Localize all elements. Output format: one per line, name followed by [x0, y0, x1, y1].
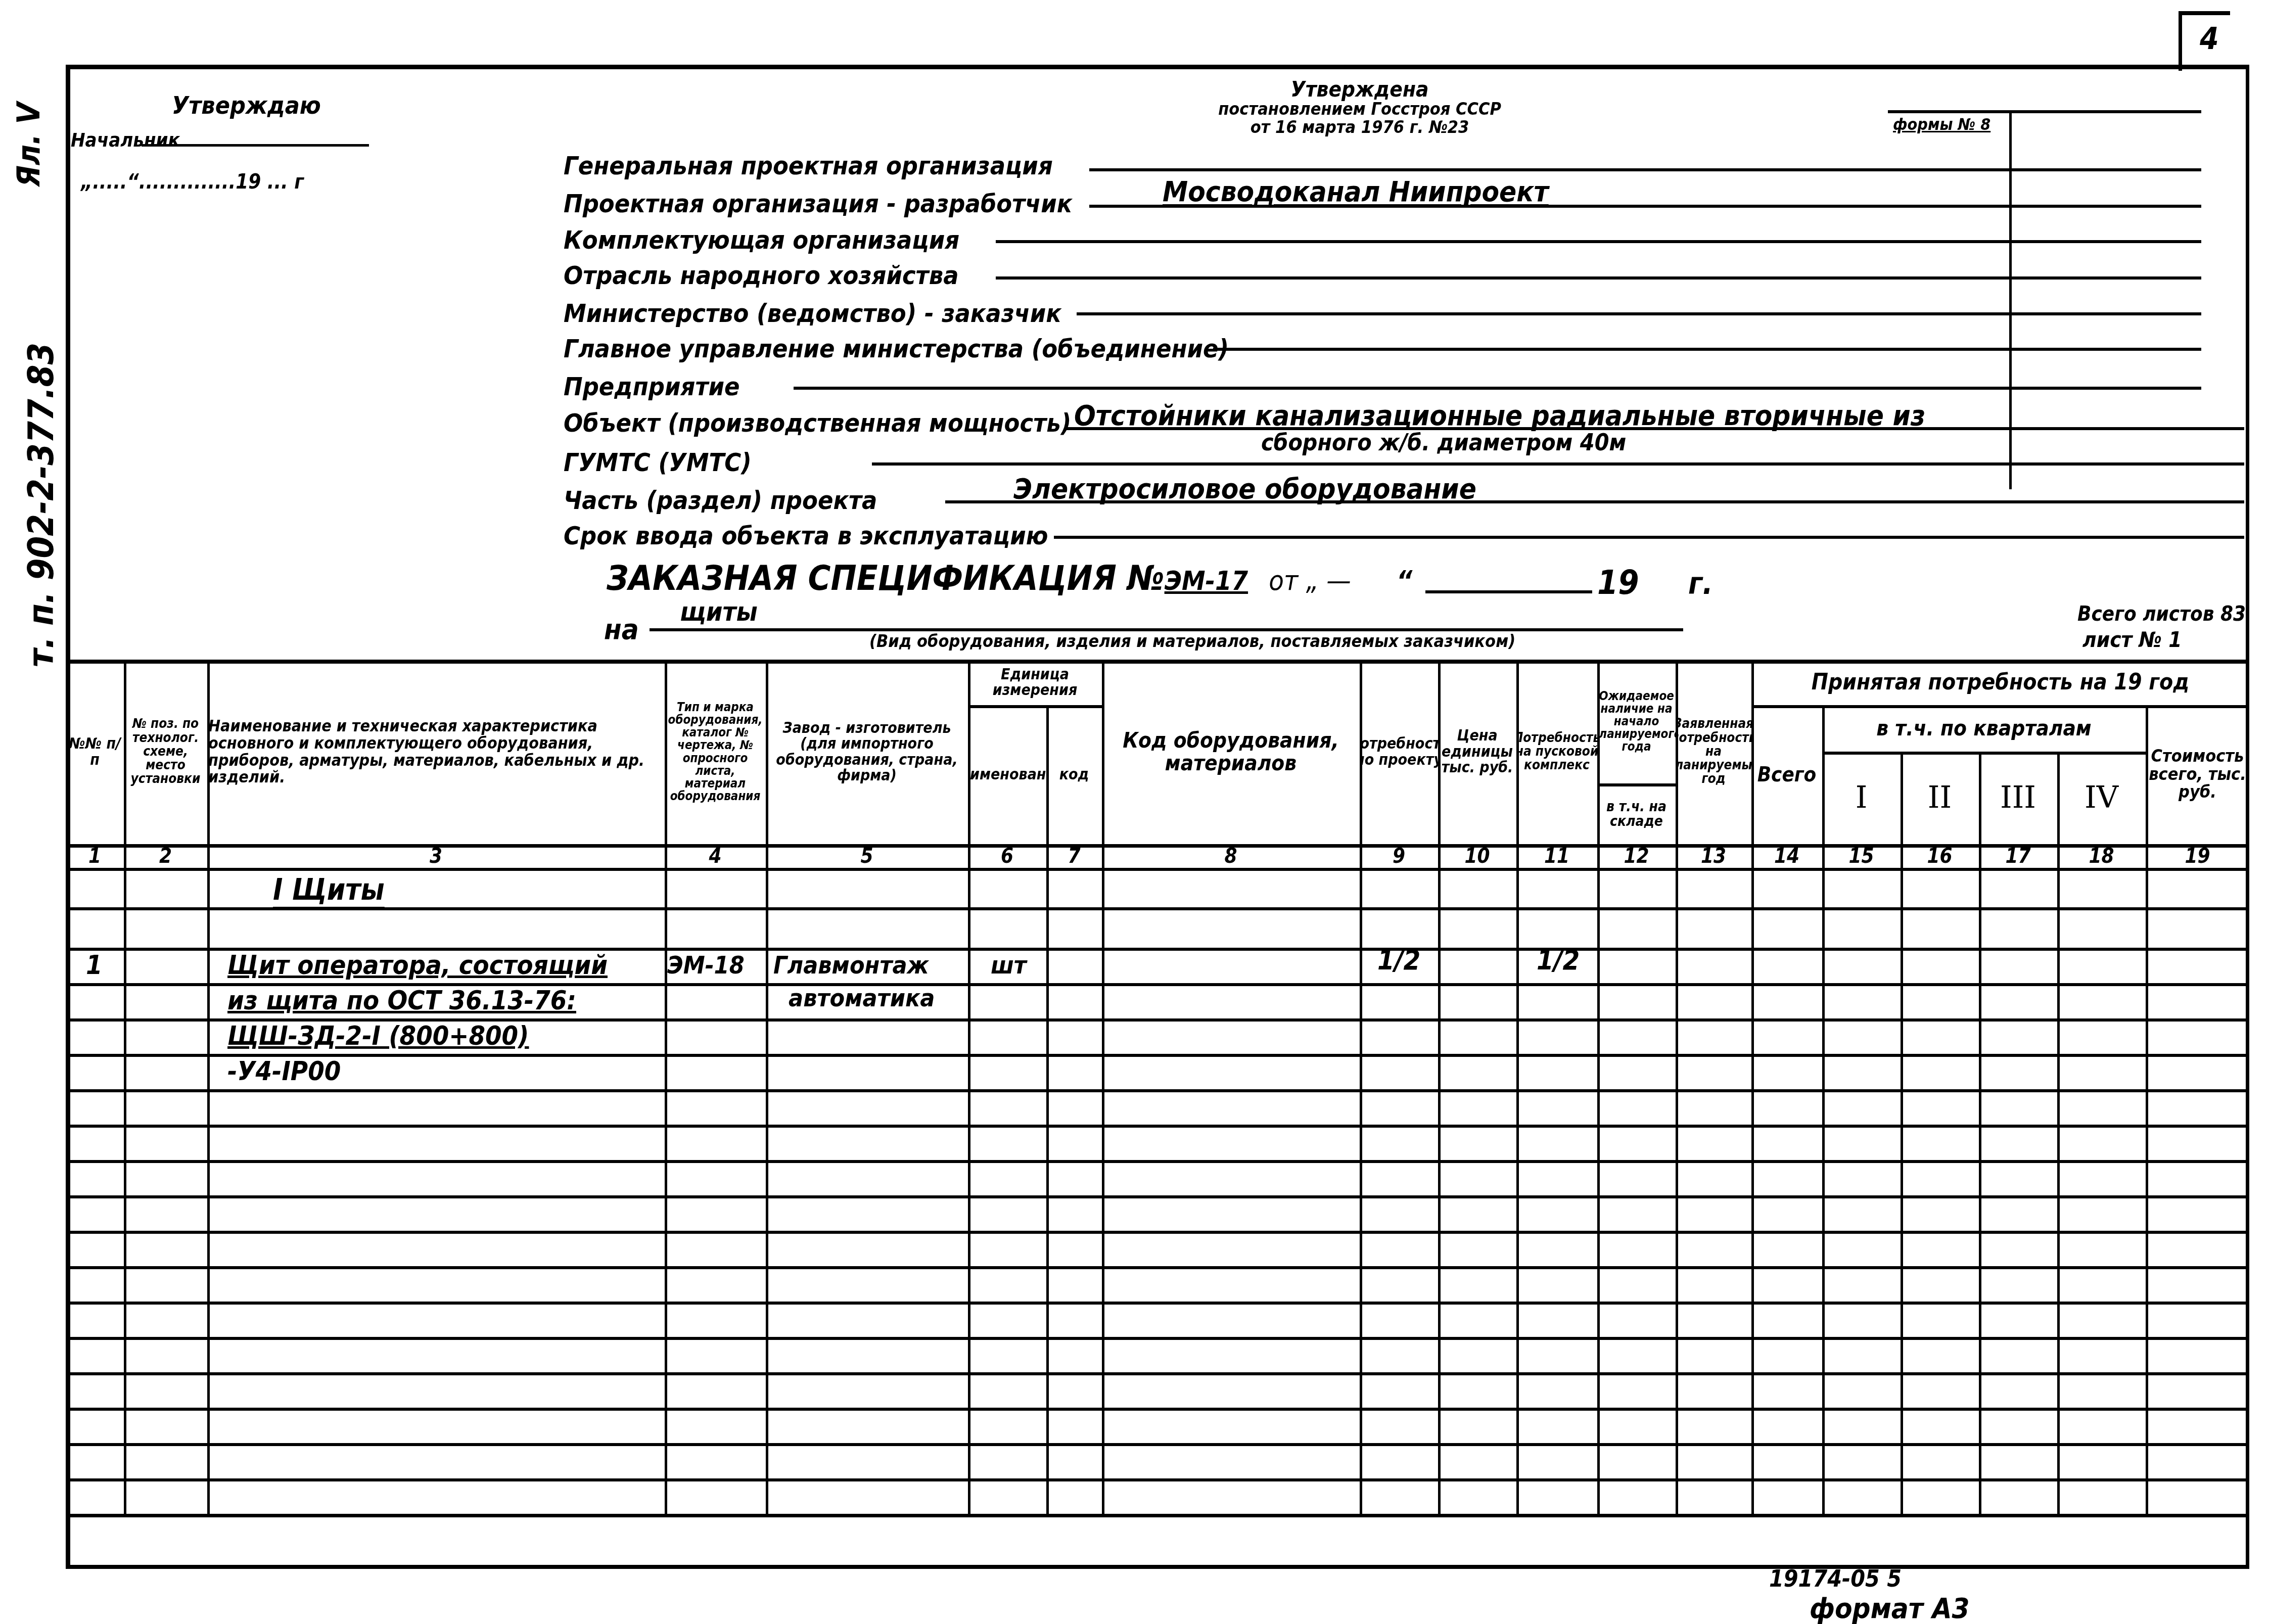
row-line	[66, 1089, 2249, 1092]
header-quarters-group: в т.ч. по кварталам	[1822, 705, 2146, 752]
row-line	[66, 1195, 2249, 1198]
row-line	[66, 1231, 2249, 1234]
header-col-5: Завод - изготовитель (для импортного обо…	[766, 660, 968, 844]
field-line-design-org	[1089, 205, 2201, 208]
field-label-gumts: ГУМТС (УМТС)	[564, 450, 752, 475]
row-1-number: 1	[86, 948, 103, 983]
field-line-object	[1067, 427, 2244, 430]
row-1-name: Щит оператора, состоящий	[227, 948, 608, 983]
field-line-economy-branch	[996, 276, 2201, 280]
col-number-10: 10	[1438, 844, 1516, 868]
header-col-9: Потребность по проекту	[1360, 660, 1438, 844]
row-line	[66, 1372, 2249, 1375]
row-line	[66, 1443, 2249, 1446]
field-value-object-continued: сборного ж/б. диаметром 40м	[1261, 431, 1626, 454]
spec-year-suffix: г.	[1688, 569, 1713, 599]
header-col-6: Наименование	[968, 705, 1046, 844]
col-number-2: 2	[124, 844, 207, 868]
field-line-ministry-customer	[1077, 312, 2201, 315]
row-line	[66, 1125, 2249, 1128]
row-2-maker: автоматика	[789, 981, 935, 1016]
row-line	[66, 1160, 2249, 1163]
appendix-label: Ял. V	[10, 102, 47, 187]
header-col-11: Потребность на пусковой комплекс	[1516, 660, 1597, 844]
field-line-commissioning	[1054, 536, 2244, 539]
approved-by-line1: Утверждена	[1183, 78, 1537, 101]
col-number-11: 11	[1516, 844, 1597, 868]
header-col-12: Ожидаемое наличие на начало планируемого…	[1597, 660, 1676, 783]
form-number: формы № 8	[1893, 116, 1990, 132]
header-col-7: код	[1046, 705, 1102, 844]
col-number-8: 8	[1102, 844, 1360, 868]
header-col-4: Тип и марка оборудования, каталог № черт…	[665, 660, 766, 844]
header-col-16: II	[1901, 752, 1979, 844]
col-number-4: 4	[665, 844, 766, 868]
col-number-6: 6	[968, 844, 1046, 868]
col-number-7: 7	[1046, 844, 1102, 868]
row-1-need: 1/2	[1377, 943, 1420, 978]
field-value-design-org: Мосводоканал Ниипроект	[1163, 178, 1549, 206]
field-value-object: Отстойники канализационные радиальные вт…	[1074, 402, 1925, 430]
approved-by-block: Утверждена постановлением Госстроя СССР …	[1183, 78, 1537, 136]
document-code: т. п. 902-2-377.83	[20, 343, 62, 667]
spec-title-text: ЗАКАЗНАЯ СПЕЦИФИКАЦИЯ №	[607, 559, 1165, 598]
total-sheets: Всего листов 83	[2077, 604, 2246, 624]
row-1-maker: Главмонтаж	[773, 948, 929, 983]
spec-date-underline	[1425, 590, 1592, 593]
field-line-project-part	[945, 500, 2244, 503]
approval-date: „.....“..............19 ... г	[81, 172, 304, 192]
spec-for-label: на	[604, 616, 639, 644]
spec-quote: “	[1397, 565, 1412, 596]
row-4-name: -У4-IР00	[227, 1054, 341, 1089]
approved-by-line3: от 16 марта 1976 г. №23	[1183, 119, 1537, 137]
header-col-2: № поз. по технолог. схеме, место установ…	[124, 660, 207, 844]
spec-title: ЗАКАЗНАЯ СПЕЦИФИКАЦИЯ №ЭМ-17 от „ —“	[607, 559, 1412, 598]
field-label-project-part: Часть (раздел) проекта	[564, 488, 877, 513]
header-col-1: №№ п/п	[66, 660, 124, 844]
approved-by-line2: постановлением Госстроя СССР	[1183, 101, 1537, 119]
field-line-gumts	[872, 462, 2244, 466]
chief-label: Начальник	[71, 130, 180, 150]
spec-number: ЭМ-17	[1165, 566, 1248, 596]
spec-for-caption: (Вид оборудования, изделия и материалов,…	[869, 633, 1515, 650]
sheet-number-box: 4	[2179, 11, 2230, 71]
spec-for-value: щиты	[680, 599, 758, 625]
field-line-general-org	[1089, 168, 2201, 171]
row-line	[66, 1408, 2249, 1411]
field-label-commissioning: Срок ввода объекта в эксплуатацию	[564, 523, 1048, 548]
col-number-5: 5	[766, 844, 968, 868]
field-line-enterprise	[794, 387, 2201, 390]
row-line	[66, 1054, 2249, 1057]
col-number-19: 19	[2146, 844, 2249, 868]
header-unit-group: Единица измерения	[968, 660, 1102, 705]
section-title: I Щиты	[273, 872, 385, 907]
field-label-enterprise: Предприятие	[564, 374, 740, 399]
header-col-19: Стоимость всего, тыс. руб.	[2146, 705, 2249, 844]
col-number-12: 12	[1597, 844, 1676, 868]
header-col-15: I	[1822, 752, 1901, 844]
spec-year-prefix: 19	[1597, 566, 1639, 599]
row-line	[66, 1478, 2249, 1481]
field-label-supplier-org: Комплектующая организация	[564, 227, 959, 253]
row-1-type: ЭМ-18	[667, 948, 745, 983]
header-accepted-group: Принятая потребность на 19 год	[1751, 660, 2249, 705]
chief-signature-line	[142, 144, 369, 147]
field-line-supplier-org	[996, 240, 2201, 243]
header-col-12-stock: в т.ч. на складе	[1597, 783, 1676, 844]
row-line	[66, 1514, 2249, 1517]
header-col-3: Наименование и техническая характеристик…	[207, 660, 665, 844]
header-col-10: Цена единицы тыс. руб.	[1438, 660, 1516, 844]
col-number-1: 1	[66, 844, 124, 868]
header-col-17: III	[1979, 752, 2057, 844]
col-numbers-bottom-border	[66, 868, 2249, 871]
header-col-8: Код оборудования, материалов	[1102, 660, 1360, 844]
col-number-14: 14	[1751, 844, 1822, 868]
field-label-economy-branch: Отрасль народного хозяйства	[564, 263, 959, 288]
footer-doc-number: 19174-05 5	[1769, 1567, 1902, 1590]
field-label-general-org: Генеральная проектная организация	[564, 153, 1053, 178]
field-label-design-org: Проектная организация - разработчик	[564, 191, 1072, 216]
field-label-main-directorate: Главное управление министерства (объедин…	[564, 336, 1229, 361]
row-line	[66, 1337, 2249, 1340]
header-col-14: Всего	[1751, 705, 1822, 844]
col-number-9: 9	[1360, 844, 1438, 868]
row-3-name: ЩШ-ЗД-2-I (800+800)	[227, 1018, 529, 1054]
col-number-3: 3	[207, 844, 665, 868]
spec-table: №№ п/п № поз. по технолог. схеме, место …	[66, 660, 2249, 1569]
approve-label: Утверждаю	[172, 94, 321, 118]
col-number-17: 17	[1979, 844, 2057, 868]
spec-from-label: от „ —	[1269, 565, 1351, 596]
field-label-ministry-customer: Министерство (ведомство) - заказчик	[564, 301, 1061, 326]
row-2-name: из щита по ОСТ 36.13-76:	[227, 983, 576, 1018]
col-number-13: 13	[1676, 844, 1751, 868]
row-line	[66, 907, 2249, 910]
row-1-launch: 1/2	[1537, 943, 1580, 978]
sheet-number: 4	[2200, 21, 2219, 57]
field-label-object: Объект (производственная мощность)	[564, 410, 1071, 436]
col-number-15: 15	[1822, 844, 1901, 868]
field-line-main-directorate	[1213, 348, 2201, 351]
sheet-no: лист № 1	[2082, 629, 2182, 651]
header-col-13: Заявленная потребность на планируемый го…	[1676, 660, 1751, 844]
row-1-unit: шт	[991, 948, 1027, 983]
form-box-top	[1888, 110, 2201, 113]
header-col-18: IV	[2057, 752, 2146, 844]
footer-format: формат А3	[1810, 1595, 1970, 1623]
row-line	[66, 1266, 2249, 1269]
field-value-project-part: Электросиловое оборудование	[1013, 475, 1476, 503]
row-line	[66, 1302, 2249, 1305]
col-number-18: 18	[2057, 844, 2146, 868]
col-number-16: 16	[1901, 844, 1979, 868]
form-box-divider	[2009, 110, 2012, 489]
